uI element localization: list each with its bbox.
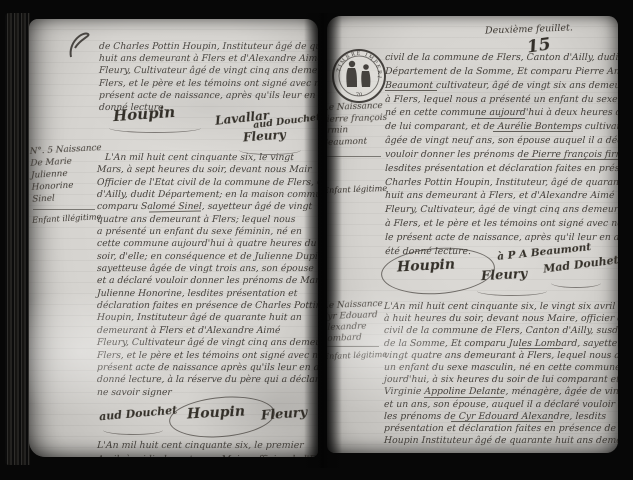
manuscript-line: sayetteuse âgée de vingt trois ans, son … — [97, 263, 318, 275]
ink-underline — [385, 90, 437, 91]
manuscript-line: lesdites présentation et déclaration fai… — [385, 163, 618, 177]
manuscript-line: huit ans demeurant à Flers, et d'Alexand… — [385, 190, 618, 204]
margin-note-act-7: 7.e Naissance Cyr Edouard Alexandre Lomb… — [327, 299, 384, 345]
manuscript-line: Beaumont cultivateur, âgé de vingt six a… — [385, 80, 618, 94]
ink-underline — [424, 397, 504, 398]
manuscript-line: comparu Salomé Sinel, sayetteur âgé de v… — [97, 201, 318, 213]
manuscript-line: né en cette commune aujourd'hui à deux h… — [385, 107, 618, 121]
manuscript-line: présent acte de naissance après qu'ils l… — [97, 362, 318, 374]
margin-note-act-5: N°. 5 Naissance De Marie Julienne Honori… — [29, 143, 98, 206]
manuscript-line: civil de la commune de Flers, Canton d'A… — [385, 52, 618, 66]
manuscript-line: Houpin, Instituteur âgé de quarante huit… — [97, 312, 318, 324]
act-4-closing-block: de Charles Pottin Houpin, Instituteur âg… — [99, 41, 318, 114]
manuscript-line: à huit heures du soir, devant nous Maire… — [384, 313, 618, 325]
margin-note-act-6: 6.e Naissance Pierre françois firmin Bea… — [327, 101, 386, 149]
manuscript-line: soir, d'elle; en conséquence et de Julie… — [97, 251, 318, 263]
act-6-opening-block: L'An mil huit cent cinquante six, le pre… — [97, 440, 318, 457]
manuscript-line: quatre ans demeurant à Flers; lequel nou… — [97, 214, 318, 226]
ink-underline — [493, 131, 573, 132]
manuscript-line: ne savoir signer — [97, 387, 318, 399]
imperial-tax-stamp: TIMBRE IMPERIAL 70 — [331, 46, 387, 106]
signature-fleury: Fleury — [481, 267, 528, 284]
manuscript-line: Julienne Honorine, lesdites présentation… — [97, 288, 318, 300]
manuscript-line: L'An mil huit cent cinquante six, le vin… — [384, 301, 618, 313]
manuscript-line: un enfant du sexe masculin, né en cette … — [384, 362, 618, 374]
manuscript-line: Flers, et le père et les témoins ont sig… — [97, 350, 318, 362]
sheet-header: Deuxième feuillet. — [485, 22, 573, 36]
manuscript-line: de Charles Pottin Houpin, Instituteur âg… — [99, 41, 318, 53]
book-spine-edge — [5, 13, 30, 465]
manuscript-line: vingt quatre ans demeurant à Flers, lequ… — [384, 350, 618, 362]
signature-houpin: Houpin — [112, 103, 175, 125]
manuscript-line: d'Ailly, dudit Département; en la maison… — [97, 189, 318, 201]
manuscript-line: Houpin Instituteur âgé de quarante huit … — [384, 435, 618, 447]
left-page: de Charles Pottin Houpin, Instituteur âg… — [29, 19, 318, 457]
manuscript-line: L'An mil huit cent cinquante six, le pre… — [97, 440, 318, 454]
margin-legitimacy-note: Enfant illégitime — [32, 211, 102, 225]
margin-name-line: Beaumont — [327, 135, 386, 149]
signature-flourish — [103, 425, 163, 435]
signature-fleury: Fleury — [261, 405, 308, 423]
margin-name-line: Sinel — [32, 191, 98, 206]
signature-flourish — [477, 286, 547, 296]
manuscript-line: L'An mil huit cent cinquante six, le vin… — [97, 152, 318, 164]
manuscript-line: civil de la commune de Flers, Canton d'A… — [384, 325, 618, 337]
stamp-value: 70 — [356, 92, 362, 98]
registry-scan: de Charles Pottin Houpin, Instituteur âg… — [0, 0, 633, 480]
signature-douchet: aud Douchet — [99, 404, 178, 424]
margin-legitimacy-note: Enfant légitime — [327, 183, 387, 195]
manuscript-line: donné lecture, à la réserve du père qui … — [97, 374, 318, 386]
manuscript-line: vouloir donner les prénoms de Pierre fra… — [385, 149, 618, 163]
manuscript-line: et un ans, son épouse, auquel il a décla… — [384, 399, 618, 411]
manuscript-line: présent acte de naissance, après qu'ils … — [99, 90, 318, 102]
manuscript-line: âgée de vingt neuf ans, son épouse auque… — [385, 135, 618, 149]
manuscript-line: de la Somme, Et comparu Jules Lombard, s… — [384, 338, 618, 350]
manuscript-line: Charles Pottin Houpin, Instituteur, âgé … — [385, 177, 618, 191]
manuscript-line: déclaration faites en présence de Charle… — [97, 300, 318, 312]
margin-rule — [327, 346, 379, 347]
manuscript-line: Fleury, Cultivateur, âgé de vingt cinq a… — [385, 204, 618, 218]
margin-rule — [327, 156, 381, 157]
manuscript-line: Département de la Somme, Et comparu Pier… — [385, 66, 618, 80]
signature-houpin: Houpin — [187, 403, 246, 422]
manuscript-line: Officier de l'Etat civil de la commune d… — [97, 177, 318, 189]
act-6-block: civil de la commune de Flers, Canton d'A… — [385, 52, 618, 260]
manuscript-line: Fleury, Cultivateur âgé de vingt cinq an… — [99, 65, 318, 77]
signature-flourish — [551, 278, 601, 288]
manuscript-line: Flers, et le père et les témoins ont sig… — [99, 78, 318, 90]
signature-fleury: Fleury — [243, 128, 287, 145]
manuscript-line: cette commune aujourd'hui à quatre heure… — [97, 238, 318, 250]
ink-underline — [519, 348, 563, 349]
margin-rule — [33, 209, 95, 210]
ink-underline — [475, 118, 525, 119]
act-5-block: L'An mil huit cent cinquante six, le vin… — [97, 152, 318, 399]
act-7-block: L'An mil huit cent cinquante six, le vin… — [384, 301, 618, 447]
margin-name-line: Lombard — [327, 332, 384, 345]
manuscript-line: présentation et déclaration faites en pr… — [384, 423, 618, 435]
manuscript-line: jourd'hui, à six heures du soir de lui c… — [384, 374, 618, 386]
manuscript-line: à Flers, lequel nous a présenté un enfan… — [385, 94, 618, 108]
manuscript-line: et a déclaré vouloir donner les prénoms … — [97, 275, 318, 287]
signature-flourish — [109, 123, 201, 133]
manuscript-line: a présenté un enfant du sexe féminin, né… — [97, 226, 318, 238]
signature-houpin: Houpin — [397, 256, 456, 275]
ink-flourish-mark — [67, 29, 97, 61]
manuscript-line: de lui comparant, et de Aurélie Bontemps… — [385, 121, 618, 135]
manuscript-line: huit ans demeurant à Flers et d'Alexandr… — [99, 53, 318, 65]
right-page: Deuxième feuillet. 15 TIMBRE IMPERIAL 70… — [327, 16, 618, 453]
manuscript-line: à Flers, et le père et les témoins ont s… — [385, 218, 618, 232]
ink-underline — [451, 421, 553, 422]
manuscript-line: demeurant à Flers et d'Alexandre Aimé — [97, 325, 318, 337]
manuscript-line: Avril, à midi, devant nous Maire officie… — [97, 454, 318, 457]
ink-underline — [520, 159, 618, 160]
margin-legitimacy-note: Enfant légitime — [327, 349, 387, 361]
manuscript-line: Fleury, Cultivateur âgé de vingt cinq an… — [97, 337, 318, 349]
manuscript-line: Mars, à sept heures du soir, devant nous… — [97, 164, 318, 176]
